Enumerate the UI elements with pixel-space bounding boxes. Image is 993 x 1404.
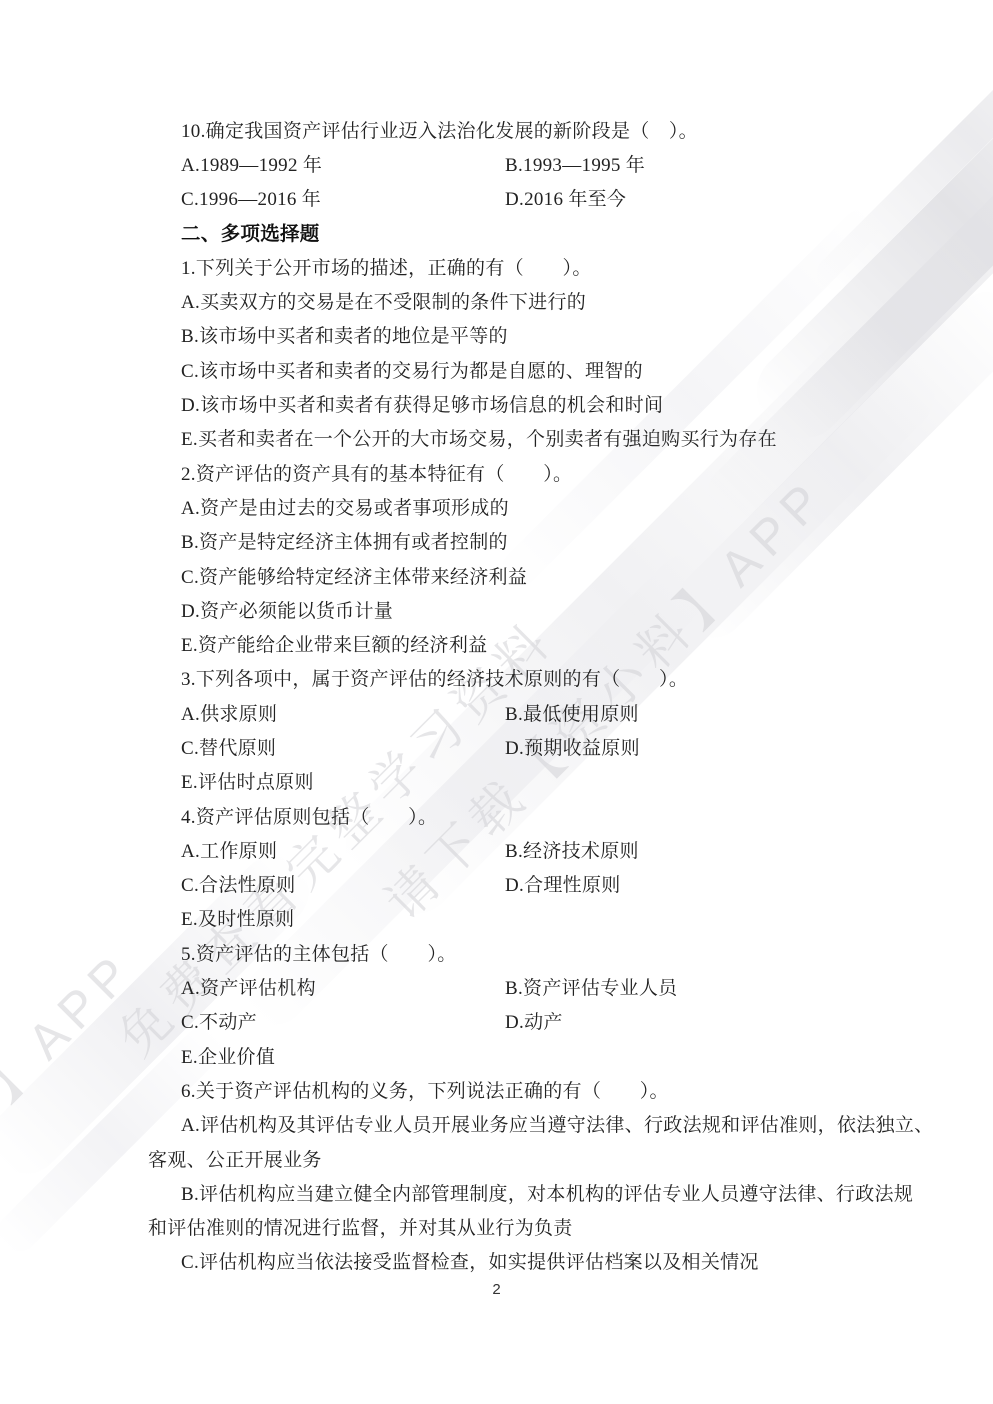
line-text: 3.下列各项中，属于资产评估的经济技术原则的有（ ）。 — [181, 664, 688, 691]
option-right: B.资产评估专业人员 — [505, 973, 677, 1000]
line-text: 2.资产评估的资产具有的基本特征有（ ）。 — [181, 459, 572, 486]
text-line: 6.关于资产评估机构的义务，下列说法正确的有（ ）。 — [148, 1072, 860, 1106]
line-text: A.评估机构及其评估专业人员开展业务应当遵守法律、行政法规和评估准则，依法独立、 — [181, 1110, 933, 1137]
option-right: B.经济技术原则 — [505, 836, 639, 863]
watermark-text: 请下载【资小料】APP — [0, 932, 149, 1404]
text-line: B.评估机构应当建立健全内部管理制度，对本机构的评估专业人员遵守法律、行政法规 — [148, 1175, 860, 1209]
continuation-line: 客观、公正开展业务 — [148, 1141, 860, 1175]
line-text: E.资产能给企业带来巨额的经济利益 — [181, 630, 487, 657]
line-text: A.买卖双方的交易是在不受限制的条件下进行的 — [181, 287, 586, 314]
line-text: E.及时性原则 — [181, 904, 294, 931]
line-text: C.评估机构应当依法接受监督检查，如实提供评估档案以及相关情况 — [181, 1247, 759, 1274]
line-text: A.资产是由过去的交易或者事项形成的 — [181, 493, 509, 520]
text-line: 5.资产评估的主体包括（ ）。 — [148, 935, 860, 969]
text-line: D.资产必须能以货币计量 — [148, 592, 860, 626]
line-text: D.资产必须能以货币计量 — [181, 596, 393, 623]
line-text: B.评估机构应当建立健全内部管理制度，对本机构的评估专业人员遵守法律、行政法规 — [181, 1179, 913, 1206]
option-left: C.不动产 — [181, 1007, 505, 1034]
continuation-line: 和评估准则的情况进行监督，并对其从业行为负责 — [148, 1210, 860, 1244]
text-line: E.评估时点原则 — [148, 764, 860, 798]
text-line: B.资产是特定经济主体拥有或者控制的 — [148, 524, 860, 558]
option-left: A.工作原则 — [181, 836, 505, 863]
text-line: E.及时性原则 — [148, 901, 860, 935]
line-text: 10.确定我国资产评估行业迈入法治化发展的新阶段是（ ）。 — [181, 116, 698, 143]
text-line: E.资产能给企业带来巨额的经济利益 — [148, 626, 860, 660]
line-text: 6.关于资产评估机构的义务，下列说法正确的有（ ）。 — [181, 1076, 669, 1103]
option-left: C.替代原则 — [181, 733, 505, 760]
text-line: 3.下列各项中，属于资产评估的经济技术原则的有（ ）。 — [148, 661, 860, 695]
option-pair-row: C.1996—2016 年D.2016 年至今 — [148, 181, 860, 215]
line-text: 客观、公正开展业务 — [148, 1145, 322, 1172]
line-text: C.资产能够给特定经济主体带来经济利益 — [181, 562, 527, 589]
option-right: B.1993—1995 年 — [505, 150, 645, 177]
option-right: D.预期收益原则 — [505, 733, 640, 760]
text-line: E.买者和卖者在一个公开的大市场交易，个别卖者有强迫购买行为存在 — [148, 421, 860, 455]
section-heading: 二、多项选择题 — [148, 215, 860, 249]
line-text: B.资产是特定经济主体拥有或者控制的 — [181, 527, 508, 554]
option-right: D.动产 — [505, 1007, 563, 1034]
option-pair-row: C.替代原则D.预期收益原则 — [148, 729, 860, 763]
line-text: 二、多项选择题 — [181, 218, 320, 246]
option-pair-row: C.不动产D.动产 — [148, 1004, 860, 1038]
line-text: C.该市场中买者和卖者的交易行为都是自愿的、理智的 — [181, 356, 643, 383]
option-left: A.1989—1992 年 — [181, 150, 505, 177]
text-line: 2.资产评估的资产具有的基本特征有（ ）。 — [148, 455, 860, 489]
line-text: 5.资产评估的主体包括（ ）。 — [181, 939, 457, 966]
document-page: 免费查看完整学习资料 请下载【资小料】APP 请下载【资小料】APP 10.确定… — [0, 0, 993, 1404]
option-right: D.合理性原则 — [505, 870, 621, 897]
text-line: C.该市场中买者和卖者的交易行为都是自愿的、理智的 — [148, 352, 860, 386]
text-line: D.该市场中买者和卖者有获得足够市场信息的机会和时间 — [148, 386, 860, 420]
page-number: 2 — [0, 1281, 993, 1298]
line-text: E.评估时点原则 — [181, 767, 314, 794]
line-text: B.该市场中买者和卖者的地位是平等的 — [181, 321, 508, 348]
line-text: 4.资产评估原则包括（ ）。 — [181, 802, 437, 829]
option-left: A.资产评估机构 — [181, 973, 505, 1000]
text-line: 4.资产评估原则包括（ ）。 — [148, 798, 860, 832]
option-right: B.最低使用原则 — [505, 699, 639, 726]
text-line: A.评估机构及其评估专业人员开展业务应当遵守法律、行政法规和评估准则，依法独立、 — [148, 1107, 860, 1141]
option-pair-row: A.供求原则B.最低使用原则 — [148, 695, 860, 729]
line-text: E.企业价值 — [181, 1042, 275, 1069]
option-pair-row: A.1989—1992 年B.1993—1995 年 — [148, 146, 860, 180]
text-line: E.企业价值 — [148, 1038, 860, 1072]
option-pair-row: A.资产评估机构B.资产评估专业人员 — [148, 969, 860, 1003]
text-line: B.该市场中买者和卖者的地位是平等的 — [148, 318, 860, 352]
line-text: D.该市场中买者和卖者有获得足够市场信息的机会和时间 — [181, 390, 663, 417]
text-line: 1.下列关于公开市场的描述，正确的有（ ）。 — [148, 249, 860, 283]
text-line: A.买卖双方的交易是在不受限制的条件下进行的 — [148, 283, 860, 317]
option-left: A.供求原则 — [181, 699, 505, 726]
option-right: D.2016 年至今 — [505, 184, 626, 211]
option-pair-row: C.合法性原则D.合理性原则 — [148, 867, 860, 901]
text-line: C.评估机构应当依法接受监督检查，如实提供评估档案以及相关情况 — [148, 1244, 860, 1278]
line-text: E.买者和卖者在一个公开的大市场交易，个别卖者有强迫购买行为存在 — [181, 424, 777, 451]
document-content: 10.确定我国资产评估行业迈入法治化发展的新阶段是（ ）。A.1989—1992… — [148, 112, 860, 1278]
option-left: C.合法性原则 — [181, 870, 505, 897]
line-text: 和评估准则的情况进行监督，并对其从业行为负责 — [148, 1213, 573, 1240]
option-left: C.1996—2016 年 — [181, 184, 505, 211]
line-text: 1.下列关于公开市场的描述，正确的有（ ）。 — [181, 253, 592, 280]
text-line: A.资产是由过去的交易或者事项形成的 — [148, 489, 860, 523]
option-pair-row: A.工作原则B.经济技术原则 — [148, 832, 860, 866]
text-line: 10.确定我国资产评估行业迈入法治化发展的新阶段是（ ）。 — [148, 112, 860, 146]
text-line: C.资产能够给特定经济主体带来经济利益 — [148, 558, 860, 592]
